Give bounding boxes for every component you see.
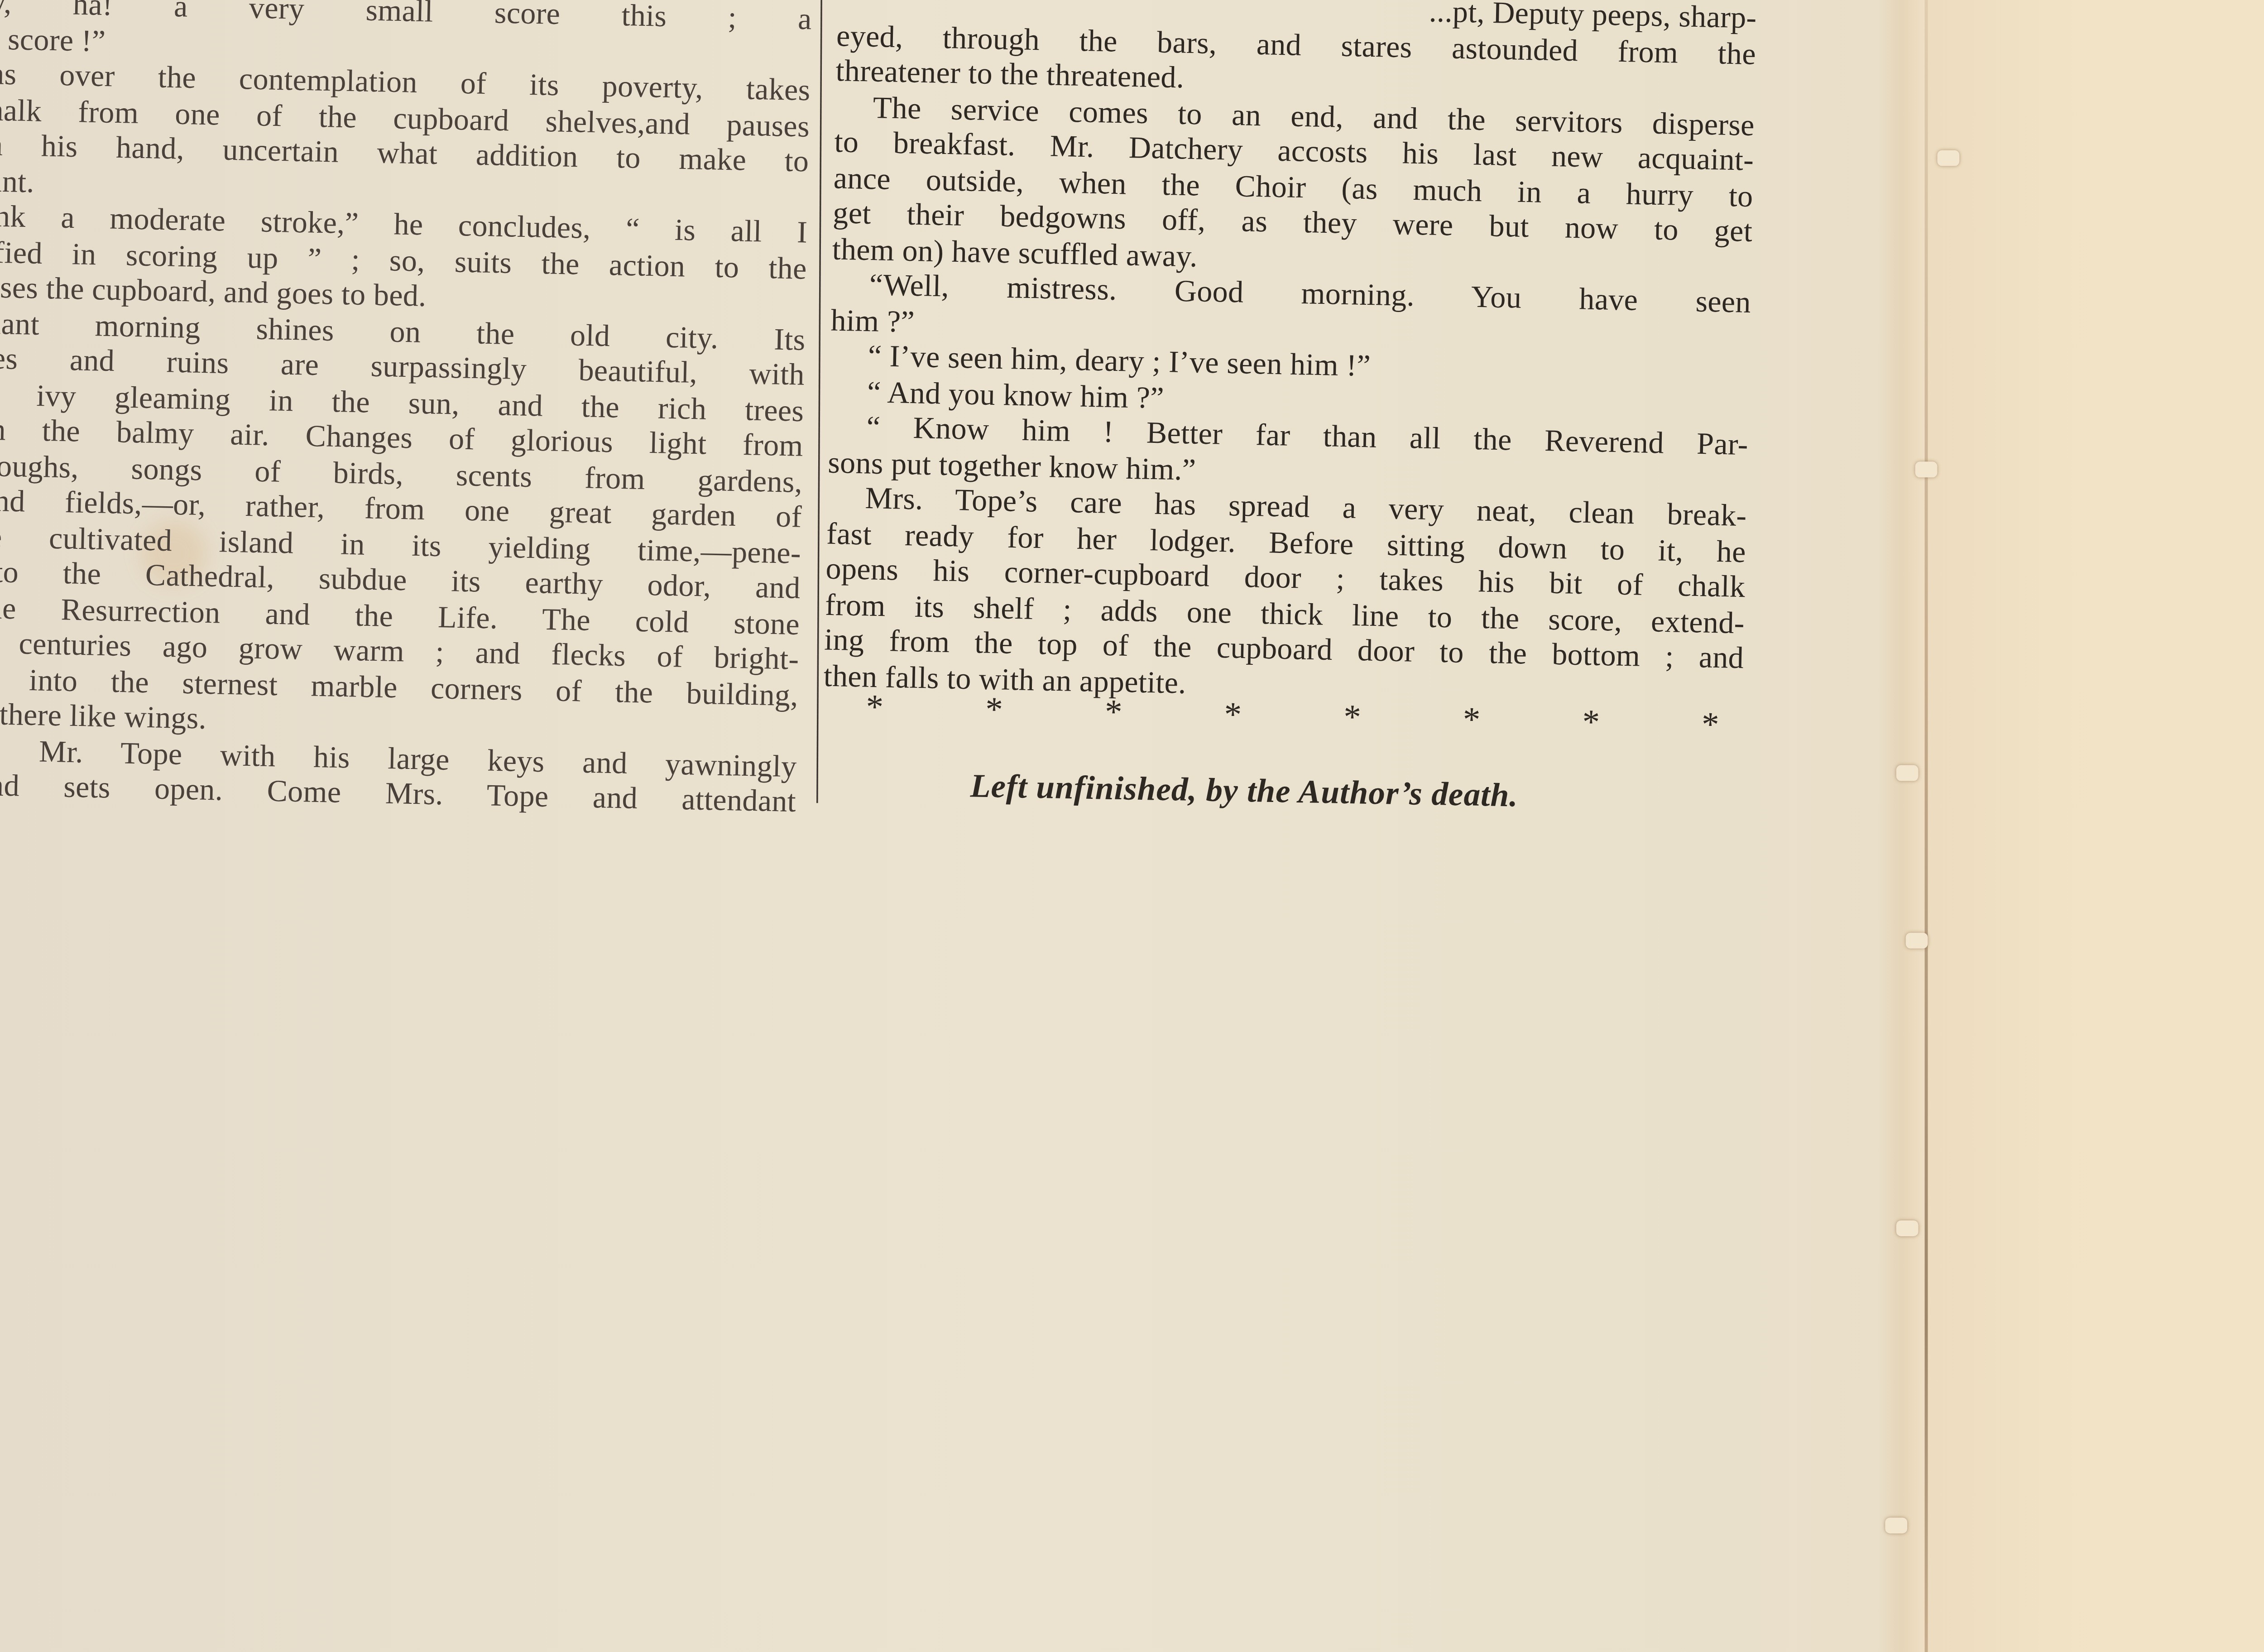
binding-stitch — [1915, 461, 1938, 477]
asterisk-glyph: * — [1343, 696, 1361, 738]
asterisk-glyph: * — [1701, 704, 1719, 746]
left-text-column: y, ha! a very small score this ; a r sco… — [0, 0, 812, 822]
binding-stitch — [1937, 150, 1959, 166]
asterisk-glyph: * — [1224, 694, 1242, 736]
asterisk-glyph: * — [1463, 699, 1481, 741]
binding-stitch — [1896, 1220, 1919, 1236]
asterisk-glyph: * — [985, 689, 1003, 731]
asterisk-glyph: * — [866, 687, 884, 728]
next-page-blank — [1928, 0, 2264, 1652]
page-gutter-shadow — [1877, 0, 1925, 1652]
asterisk-glyph: * — [1582, 701, 1600, 743]
binding-stitch — [1896, 765, 1919, 781]
binding-edge — [1925, 0, 1928, 1652]
asterisk-glyph: * — [1104, 692, 1122, 733]
end-note: Left unfinished, by the Author’s death. — [970, 767, 1519, 816]
binding-stitch — [1885, 1518, 1907, 1533]
binding-stitch — [1906, 933, 1928, 949]
column-divider — [816, 0, 822, 803]
right-text-column: ...pt, Deputy peeps, sharp- eyed, throug… — [823, 0, 1757, 714]
book-photo: y, ha! a very small score this ; a r sco… — [0, 0, 2264, 1652]
